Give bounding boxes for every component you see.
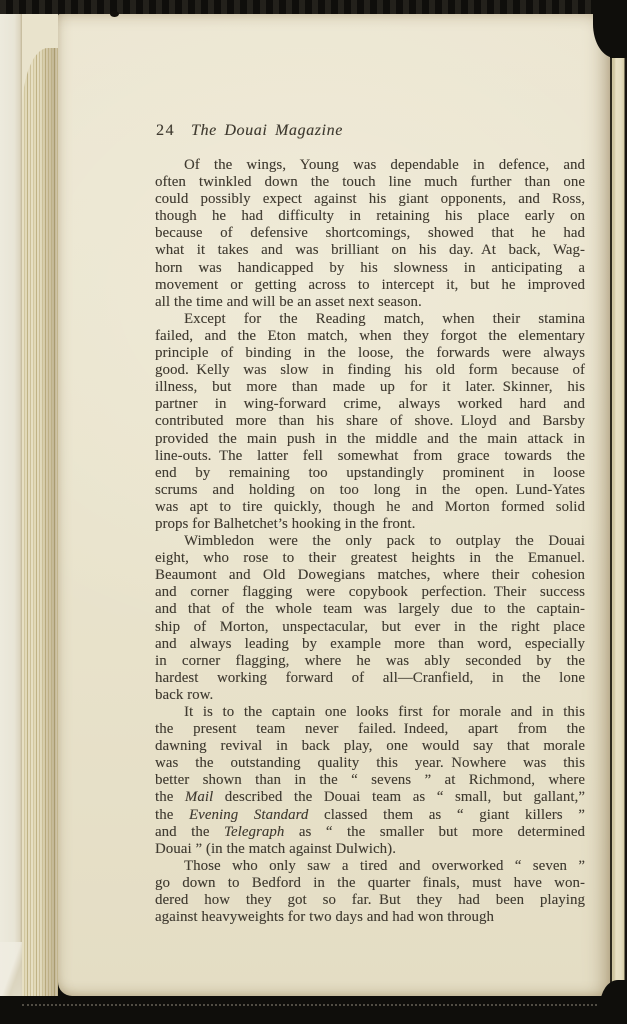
running-header: 24The Douai Magazine: [156, 122, 343, 140]
text-line: better shown than in the “ sevens ” at R…: [155, 772, 585, 789]
text-line: was the outstanding quality this year. N…: [155, 755, 585, 772]
text-line: could possibly expect against his giant …: [155, 191, 585, 208]
text-line: what it takes and was brilliant on his d…: [155, 242, 585, 259]
text-line: partner in wing-forward crime, always wo…: [155, 396, 585, 413]
cover-edge-bottom: [0, 996, 627, 1024]
text-line: and always leading by example more than …: [155, 636, 585, 653]
text-line: provided the main push in the middle and…: [155, 431, 585, 448]
text-line: end by remaining too upstandingly promin…: [155, 465, 585, 482]
text-line: Douai ” (in the match against Dulwich).: [155, 841, 585, 858]
text-line: horn was handicapped by his slowness in …: [155, 260, 585, 277]
text-line: movement or getting across to intercept …: [155, 277, 585, 294]
italic-text: Evening Standard: [189, 807, 308, 823]
text-line: go down to Bedford in the quarter finals…: [155, 875, 585, 892]
text-line: in corner flagging, where he was ably se…: [155, 653, 585, 670]
text-line: good. Kelly was slow in finding his old …: [155, 362, 585, 379]
italic-text: Telegraph: [224, 824, 284, 840]
text-line: was apt to tire quickly, though he and M…: [155, 499, 585, 516]
text-line: often twinkled down the touch line much …: [155, 174, 585, 191]
text-line: illness, but more than made up for it la…: [155, 379, 585, 396]
text-line: because of defensive shortcomings, showe…: [155, 225, 585, 242]
text-line: eight, who rose to their greatest height…: [155, 550, 585, 567]
text-line: principle of binding in the loose, the f…: [155, 345, 585, 362]
magazine-title: The Douai Magazine: [191, 122, 343, 139]
text-line: all the time and will be an asset next s…: [155, 294, 585, 311]
text-line: the present team never failed. Indeed, a…: [155, 721, 585, 738]
cover-edge-top: [0, 0, 627, 14]
text-line: failed, and the Eton match, when they fo…: [155, 328, 585, 345]
book-scan: 24The Douai Magazine Of the wings, Young…: [0, 0, 627, 1024]
text-line: ship of Morton, unspectacular, but ever …: [155, 619, 585, 636]
text-line: and that of the whole team was largely d…: [155, 601, 585, 618]
book-page: 24The Douai Magazine Of the wings, Young…: [58, 14, 610, 996]
text-line: Beaumont and Old Dowegians matches, wher…: [155, 567, 585, 584]
text-line: and the Telegraph as “ the smaller but m…: [155, 824, 585, 841]
text-line: hardest working forward of all—Cranfield…: [155, 670, 585, 687]
text-line: contributed more than his share of shove…: [155, 413, 585, 430]
page-stack-lines: [22, 48, 58, 996]
facing-page-edge: [0, 14, 22, 996]
text-line: dered how they got so far. But they had …: [155, 892, 585, 909]
text-line: the Evening Standard classed them as “ g…: [155, 807, 585, 824]
paragraph: Those who only saw a tired and overworke…: [155, 858, 585, 926]
page-text: Of the wings, Young was dependable in de…: [155, 157, 585, 926]
text-line: Those who only saw a tired and overworke…: [155, 858, 585, 875]
text-line: back row.: [155, 687, 585, 704]
text-line: It is to the captain one looks first for…: [155, 704, 585, 721]
cover-texture-highlight: [22, 1004, 597, 1006]
scan-speck: [110, 11, 119, 17]
text-line: Of the wings, Young was dependable in de…: [155, 157, 585, 174]
text-line: props for Balhetchet’s hooking in the fr…: [155, 516, 585, 533]
text-line: line-outs. The latter fell somewhat from…: [155, 448, 585, 465]
text-line: Except for the Reading match, when their…: [155, 311, 585, 328]
text-line: the Mail described the Douai team as “ s…: [155, 789, 585, 806]
paragraph: Of the wings, Young was dependable in de…: [155, 157, 585, 311]
fore-edge-pages: [610, 58, 627, 985]
text-line: Wimbledon were the only pack to outplay …: [155, 533, 585, 550]
text-line: and corner flagging were copybook perfec…: [155, 584, 585, 601]
text-line: scrums and holding on too long in the op…: [155, 482, 585, 499]
paragraph: Wimbledon were the only pack to outplay …: [155, 533, 585, 704]
text-line: though he had difficulty in retaining hi…: [155, 208, 585, 225]
italic-text: Mail: [185, 789, 213, 805]
page-number: 24: [156, 122, 175, 139]
page-stack-edges: [22, 14, 58, 996]
paragraph: Except for the Reading match, when their…: [155, 311, 585, 533]
text-line: against heavyweights for two days and ha…: [155, 909, 585, 926]
text-line: dawning revival in back play, one would …: [155, 738, 585, 755]
paragraph: It is to the captain one looks first for…: [155, 704, 585, 858]
